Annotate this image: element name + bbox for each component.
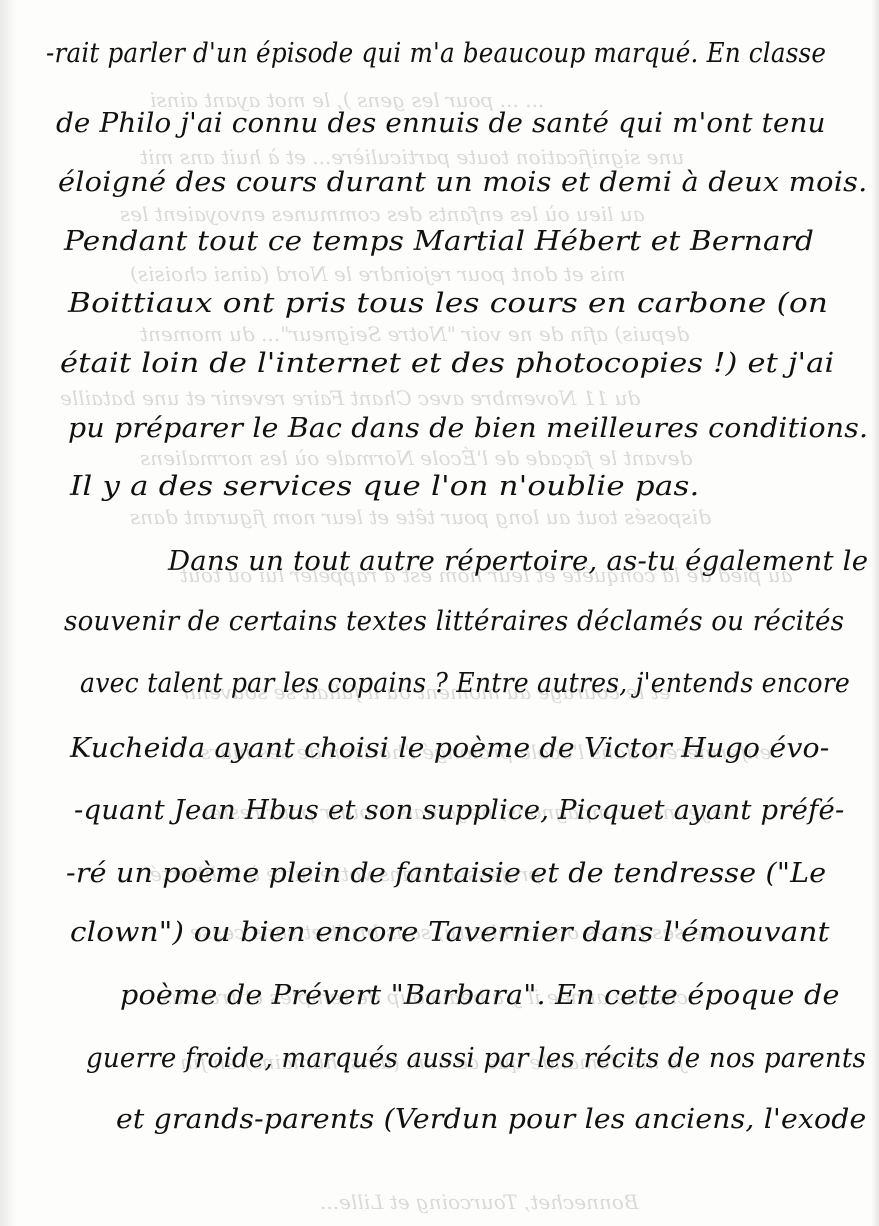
text-line-1: -rait parler d'un épisode qui m'a beauco… [46,38,826,69]
text-line-15: clown") ou bien encore Tavernier dans l'… [70,917,830,948]
bleed-line: au lieu où les enfants des communes envo… [120,202,645,226]
text-line-18: et grands-parents (Verdun pour les ancie… [116,1104,866,1135]
bleed-line: disposés tout au long pour tête et leur … [130,505,711,529]
text-line-3: éloigné des cours durant un mois et demi… [58,167,867,198]
text-line-6: était loin de l'internet et des photocop… [60,348,834,379]
text-line-16: poème de Prévert "Barbara". En cette épo… [120,980,840,1011]
text-line-17: guerre froide, marqués aussi par les réc… [86,1043,866,1074]
text-line-8: Il y a des services que l'on n'oublie pa… [70,471,700,502]
text-line-11: avec talent par les copains ? Entre autr… [80,668,850,699]
text-line-5: Boittiaux ont pris tous les cours en car… [68,288,828,319]
bleed-line: une signification toute particulière... … [140,145,684,169]
text-line-12: Kucheida ayant choisi le poème de Victor… [70,733,830,764]
text-line-13: -quant Jean Hbus et son supplice, Picque… [74,795,844,826]
bleed-line: devant le façade de l'École Normale où l… [140,446,692,470]
bleed-line: mis et dont pour rejoindre le Nord (ains… [130,262,626,286]
bleed-line: du 11 Novembre avec Chant Faire revenir … [60,386,640,410]
text-line-4: Pendant tout ce temps Martial Hébert et … [64,226,814,257]
text-line-2: de Philo j'ai connu des ennuis de santé … [56,108,826,139]
text-line-9: Dans un tout autre répertoire, as-tu éga… [168,546,868,577]
text-line-10: souvenir de certains textes littéraires … [64,606,844,637]
text-line-7: pu préparer le Bac dans de bien meilleur… [68,413,868,444]
bleed-line: Bonnechet, Tourcoing et Lille... [320,1190,639,1214]
text-line-14: -ré un poème plein de fantaisie et de te… [66,858,826,889]
bleed-line: depuis) afin de ne voir "Notre Seigneur"… [140,322,689,346]
letter-page: ... ... pour les gens ), le mot ayant ai… [0,0,879,1226]
